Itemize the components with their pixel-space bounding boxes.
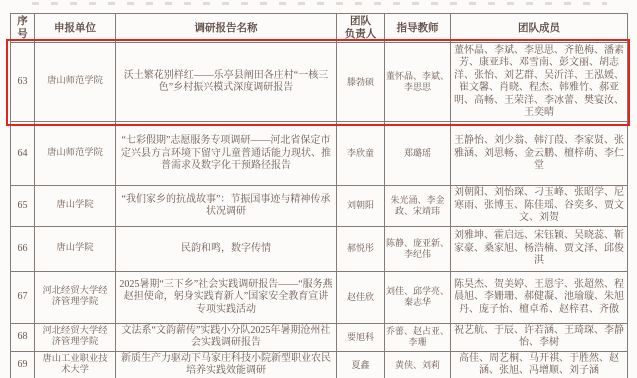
cell-report-title: “七彩假期”志愿服务专项调研——河北省保定市定兴县方言环境下留守儿童普通话能力现… [116, 122, 337, 186]
cell-unit: 河北经贸大学经济管理学院 [35, 271, 116, 323]
table-row: 64 唐山师范学院 “七彩假期”志愿服务专项调研——河北省保定市定兴县方言环境下… [11, 122, 628, 186]
table-body: 63 唐山师范学院 沃土繁花别样红——乐亭县阐田各庄村“一核三色”乡村振兴模式深… [11, 43, 628, 378]
table-row: 63 唐山师范学院 沃土繁花别样红——乐亭县阐田各庄村“一核三色”乡村振兴模式深… [11, 43, 628, 122]
cell-team-members: 董怀晶、李斌、李思思、齐艳梅、潘素芳、康亚玮、邓雪南、彭文丽、胡志洋、张怡、刘艺… [451, 43, 628, 122]
document-page: 序 号 申报单位 调研报告名称 团队 负责人 指导教师 团队成员 63 唐山师范… [0, 0, 637, 378]
cell-index: 69 [11, 351, 35, 378]
table-row: 68 河北经贸大学经济管理学院 文法系“文韵薪传”实践小分队2025年暑期沧州社… [11, 323, 628, 351]
cell-advisors: 陈静、庞亚新、李纪伟 [385, 226, 451, 271]
cell-report-title: 沃土繁花别样红——乐亭县阐田各庄村“一核三色”乡村振兴模式深度调研报告 [116, 43, 337, 122]
cell-team-members: 高佳、周艺桐、马开祺、于胜然、赵涵、张旭、冯增顺、刘子涵 [451, 351, 628, 378]
cell-team-members: 王静怡、刘少翁、韩汀葭、李家贤、张雅涵、刘思畅、金云鹏、檀梓萌、李仁堂 [451, 122, 628, 186]
table-row: 66 唐山学院 民韵和鸣，数字传情 郝悦彤 陈静、庞亚新、李纪伟 刘雅坤、霍启远… [11, 226, 628, 271]
cell-advisors: 郑璐瑶 [385, 122, 451, 186]
cell-team-members: 刘雅坤、霍启远、宋钰颖、吴晓蕊、靳家豪、桑家旭、杨浩楠、贾文泽、邱俊淇 [451, 226, 628, 271]
research-report-table: 序 号 申报单位 调研报告名称 团队 负责人 指导教师 团队成员 63 唐山师范… [10, 13, 628, 378]
cell-advisors: 董怀晶、李斌、李思思 [385, 43, 451, 122]
cell-team-leader: 要旭科 [337, 323, 385, 351]
cell-unit: 唐山师范学院 [35, 43, 116, 122]
cell-team-leader: 李欣童 [337, 122, 385, 186]
cell-report-title: 新质生产力驱动下马家庄科技小院新型职业农民培养实践效能调研 [116, 351, 337, 378]
cell-advisors: 乔蕾、赵占亚、李珊 [385, 323, 451, 351]
col-header-unit: 申报单位 [35, 14, 116, 43]
table-row: 65 唐山学院 “我们家乡的抗战故事”：节振国事迹与精神传承状况调研 刘朝阳 朱… [11, 186, 628, 227]
col-header-members: 团队成员 [451, 14, 628, 43]
cell-unit: 唐山学院 [35, 186, 116, 227]
col-header-advisor: 指导教师 [385, 14, 451, 43]
cell-unit: 河北经贸大学经济管理学院 [35, 323, 116, 351]
cell-unit: 唐山工业职业技术大学 [35, 351, 116, 378]
cell-team-leader: 郝悦彤 [337, 226, 385, 271]
cell-unit: 唐山学院 [35, 226, 116, 271]
cell-report-title: 民韵和鸣，数字传情 [116, 226, 337, 271]
cell-index: 68 [11, 323, 35, 351]
table-row: 69 唐山工业职业技术大学 新质生产力驱动下马家庄科技小院新型职业农民培养实践效… [11, 351, 628, 378]
cell-team-leader: 滕勃硕 [337, 43, 385, 122]
cell-team-members: 刘朝阳、刘怡琛、刁玉峰、张昭学、尼寒雨、张博玉、陈佳瑶、谷奕多、贾文文、刘贺 [451, 186, 628, 227]
clipped-previous-row-remnant [32, 2, 607, 5]
cell-advisors: 刘佳、邱学亮、秦志华 [385, 271, 451, 323]
cell-unit: 唐山师范学院 [35, 122, 116, 186]
table-row: 67 河北经贸大学经济管理学院 2025暑期“三下乡”社会实践调研报告——“服务… [11, 271, 628, 323]
cell-team-members: 陈昊杰、贺美婷、王恩宇、张超然、程晨旭、李姗珊、郝健凝、池瑜璇、朱旭丹、庞子怡、… [451, 271, 628, 323]
cell-report-title: 文法系“文韵薪传”实践小分队2025年暑期沧州社会实践调研报告 [116, 323, 337, 351]
cell-report-title: 2025暑期“三下乡”社会实践调研报告——“服务燕赵担使命，躬身实践育新人”国家… [116, 271, 337, 323]
cell-advisors: 朱光涌、李金政、宋靖玮 [385, 186, 451, 227]
cell-index: 64 [11, 122, 35, 186]
cell-report-title: “我们家乡的抗战故事”：节振国事迹与精神传承状况调研 [116, 186, 337, 227]
table-header: 序 号 申报单位 调研报告名称 团队 负责人 指导教师 团队成员 [11, 14, 628, 43]
cell-index: 66 [11, 226, 35, 271]
cell-index: 67 [11, 271, 35, 323]
col-header-index: 序 号 [11, 14, 35, 43]
cell-index: 63 [11, 43, 35, 122]
cell-team-leader: 赵佳欣 [337, 271, 385, 323]
cell-team-leader: 刘朝阳 [337, 186, 385, 227]
header-row: 序 号 申报单位 调研报告名称 团队 负责人 指导教师 团队成员 [11, 14, 628, 43]
cell-index: 65 [11, 186, 35, 227]
col-header-leader: 团队 负责人 [337, 14, 385, 43]
cell-advisors: 黄侠、刘莉 [385, 351, 451, 378]
col-header-report: 调研报告名称 [116, 14, 337, 43]
cell-team-leader: 夏鑫 [337, 351, 385, 378]
cell-team-members: 祝艺航、于辰、许若涵、王琦琛、李静怡、李树 [451, 323, 628, 351]
